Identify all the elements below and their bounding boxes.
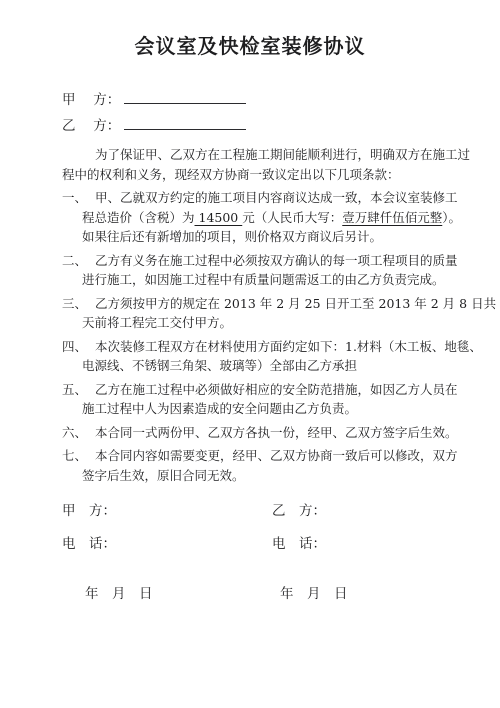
- clause-line: 进行施工，如因施工过程中有质量问题需返工的由乙方负责完成。: [62, 270, 476, 290]
- clause-number: 七、: [62, 446, 95, 466]
- agreement-document-page: 会议室及快检室装修协议 甲 方： 乙 方： 为了保证甲、乙双方在工程施工期间能顺…: [0, 0, 500, 708]
- signature-date-row: 年 月 日 年 月 日: [62, 586, 476, 603]
- clause-3: 三、乙方须按甲方的规定在 2013 年 2 月 25 日开工至 2013 年 2…: [62, 294, 476, 333]
- party-header-block: 甲 方： 乙 方：: [62, 87, 476, 139]
- clause-2: 二、乙方有义务在施工过程中必须按双方确认的每一项工程项目的质量 进行施工，如因施…: [62, 251, 476, 290]
- clause-list: 一、甲、乙就双方约定的施工项目内容商议达成一致，本会议室装修工 程总造价（含税）…: [62, 188, 476, 485]
- clause-7: 七、本合同内容如需要变更，经甲、乙双方协商一致后可以修改，双方 签字后生效，原旧…: [62, 446, 476, 485]
- signature-date-a: 年 月 日: [62, 586, 272, 603]
- party-a-blank-line: [124, 89, 246, 104]
- clause-text: 乙方须按甲方的规定在 2013 年 2 月 25 日开工至 2013 年 2 月…: [95, 294, 496, 314]
- clause-text: 程总造价（含税）为: [82, 210, 195, 225]
- clause-line: 程总造价（含税）为 14500 元（人民币大写：壹万肆仟伍佰元整）。: [62, 208, 476, 228]
- intro-line: 为了保证甲、乙双方在工程施工期间能顺利进行，明确双方在施工过: [62, 145, 476, 165]
- clause-text: 乙方在施工过程中必须做好相应的安全防范措施，如因乙方人员在: [95, 380, 458, 400]
- clause-5: 五、乙方在施工过程中必须做好相应的安全防范措施，如因乙方人员在 施工过程中人为因…: [62, 380, 476, 419]
- clause-number: 六、: [62, 423, 95, 443]
- clause-text: 本合同一式两份甲、乙双方各执一份，经甲、乙双方签字后生效。: [95, 423, 458, 443]
- party-b-blank-line: [124, 115, 246, 130]
- clause-line: 电源线、不锈钢三角架、玻璃等）全部由乙方承担: [62, 356, 476, 376]
- document-body: 甲 方： 乙 方： 为了保证甲、乙双方在工程施工期间能顺利进行，明确双方在施工过…: [62, 87, 476, 485]
- clause-number: 一、: [62, 188, 95, 208]
- clause-line: 二、乙方有义务在施工过程中必须按双方确认的每一项工程项目的质量: [62, 251, 476, 271]
- signature-party-b-label: 乙 方：: [272, 503, 326, 520]
- clause-number: 五、: [62, 380, 95, 400]
- clause-line: 五、乙方在施工过程中必须做好相应的安全防范措施，如因乙方人员在: [62, 380, 476, 400]
- clause-number: 四、: [62, 337, 95, 357]
- clause-1: 一、甲、乙就双方约定的施工项目内容商议达成一致，本会议室装修工 程总造价（含税）…: [62, 188, 476, 247]
- clause-line: 三、乙方须按甲方的规定在 2013 年 2 月 25 日开工至 2013 年 2…: [62, 294, 476, 314]
- clause-line: 如果往后还有新增加的项目，则价格双方商议后另计。: [62, 227, 476, 247]
- intro-line: 程中的权利和义务，现经双方协商一致议定出以下几项条款：: [62, 165, 476, 185]
- signature-phone-a-label: 电 话：: [62, 536, 272, 553]
- signature-block: 甲 方： 乙 方： 电 话： 电 话： 年 月 日 年 月 日: [62, 503, 476, 603]
- clause-4: 四、本次装修工程双方在材料使用方面约定如下：1.材料（木工板、地毯、 电源线、不…: [62, 337, 476, 376]
- document-title: 会议室及快检室装修协议: [0, 0, 500, 59]
- clause-text: 乙方有义务在施工过程中必须按双方确认的每一项工程项目的质量: [95, 251, 458, 271]
- clause-6: 六、本合同一式两份甲、乙双方各执一份，经甲、乙双方签字后生效。: [62, 423, 476, 443]
- clause-line: 一、甲、乙就双方约定的施工项目内容商议达成一致，本会议室装修工: [62, 188, 476, 208]
- clause-text: 本合同内容如需要变更，经甲、乙双方协商一致后可以修改，双方: [95, 446, 458, 466]
- clause-line: 七、本合同内容如需要变更，经甲、乙双方协商一致后可以修改，双方: [62, 446, 476, 466]
- signature-phone-b-label: 电 话：: [272, 536, 326, 553]
- contract-amount-value: 14500: [195, 210, 243, 225]
- signature-party-row: 甲 方： 乙 方：: [62, 503, 476, 520]
- intro-paragraph: 为了保证甲、乙双方在工程施工期间能顺利进行，明确双方在施工过 程中的权利和义务，…: [62, 145, 476, 184]
- clause-line: 签字后生效，原旧合同无效。: [62, 466, 476, 486]
- contract-amount-capital: 壹万肆仟伍佰元整: [342, 210, 442, 225]
- clause-text: 本次装修工程双方在材料使用方面约定如下：1.材料（木工板、地毯、: [95, 337, 482, 357]
- clause-number: 三、: [62, 294, 95, 314]
- clause-line: 六、本合同一式两份甲、乙双方各执一份，经甲、乙双方签字后生效。: [62, 423, 476, 443]
- clause-text: ）。: [442, 210, 461, 225]
- clause-number: 二、: [62, 251, 95, 271]
- signature-date-b: 年 月 日: [272, 586, 348, 603]
- clause-line: 四、本次装修工程双方在材料使用方面约定如下：1.材料（木工板、地毯、: [62, 337, 476, 357]
- party-b-row: 乙 方：: [62, 113, 476, 139]
- party-b-label: 乙 方：: [62, 118, 120, 134]
- signature-phone-row: 电 话： 电 话：: [62, 536, 476, 553]
- signature-party-a-label: 甲 方：: [62, 503, 272, 520]
- clause-line: 施工过程中人为因素造成的安全问题由乙方负责。: [62, 399, 476, 419]
- clause-text: 元（人民币大写：: [242, 210, 342, 225]
- party-a-label: 甲 方：: [62, 92, 120, 108]
- clause-text: 甲、乙就双方约定的施工项目内容商议达成一致，本会议室装修工: [95, 188, 458, 208]
- clause-line: 天前将工程完工交付甲方。: [62, 313, 476, 333]
- party-a-row: 甲 方：: [62, 87, 476, 113]
